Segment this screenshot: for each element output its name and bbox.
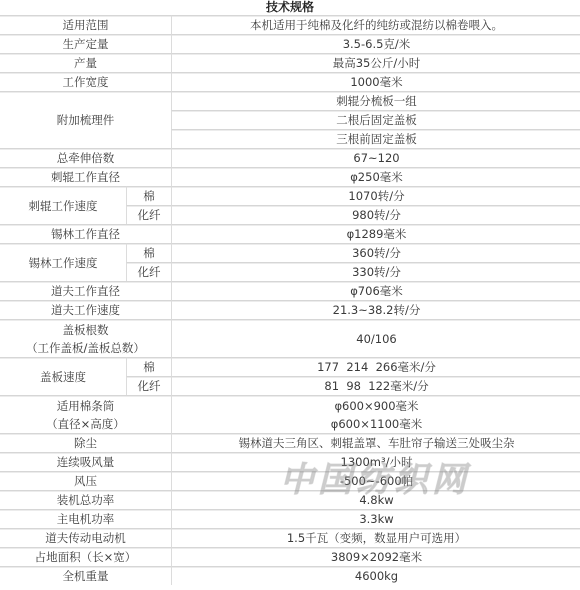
- row-value: 1000毫米: [171, 72, 580, 91]
- table-row: 锡林工作速度 棉 360转/分: [0, 243, 580, 262]
- row-label: 产量: [0, 53, 171, 72]
- table-row: 占地面积（长×宽） 3809×2092毫米: [0, 547, 580, 566]
- table-row: 刺辊工作直径 φ250毫米: [0, 167, 580, 186]
- row-label: 装机总功率: [0, 490, 171, 509]
- table-row: 道夫工作直径 φ706毫米: [0, 281, 580, 300]
- table-row: 生产定量 3.5-6.5克/米: [0, 34, 580, 53]
- row-label: 全机重量: [0, 566, 171, 585]
- row-label: 主电机功率: [0, 509, 171, 528]
- row-label: 生产定量: [0, 34, 171, 53]
- row-label: 总牵伸倍数: [0, 148, 171, 167]
- row-value: 360转/分: [171, 243, 580, 262]
- table-row: 风压 -500~-600帕: [0, 471, 580, 490]
- row-value: 1.5千瓦（变频，数显用户可选用）: [171, 528, 580, 547]
- row-value: φ1289毫米: [171, 224, 580, 243]
- row-value: 3809×2092毫米: [171, 547, 580, 566]
- row-value: 21.3~38.2转/分: [171, 300, 580, 319]
- row-value: 刺辊分梳板一组: [171, 91, 580, 110]
- row-value: 二根后固定盖板: [171, 110, 580, 129]
- row-label: 连续吸风量: [0, 452, 171, 471]
- row-label: 锡林工作直径: [0, 224, 171, 243]
- table-row: 连续吸风量 1300m³/小时: [0, 452, 580, 471]
- row-label: 工作宽度: [0, 72, 171, 91]
- row-value: 本机适用于纯棉及化纤的纯纺或混纺以棉卷喂入。: [171, 15, 580, 34]
- row-label: 风压: [0, 471, 171, 490]
- row-value: 1070转/分: [171, 186, 580, 205]
- row-label: 除尘: [0, 433, 171, 452]
- row-value: 4600kg: [171, 566, 580, 585]
- row-value: 40/106: [171, 319, 580, 357]
- row-value: 3.3kw: [171, 509, 580, 528]
- table-row: 全机重量 4600kg: [0, 566, 580, 585]
- row-label: 附加梳理件: [0, 91, 171, 148]
- row-label: 道夫工作直径: [0, 281, 171, 300]
- row-label: 适用棉条筒 （直径×高度）: [0, 395, 171, 433]
- row-value: 最高35公斤/小时: [171, 53, 580, 72]
- row-label-line: 盖板根数: [0, 321, 171, 339]
- sub-label: 化纤: [126, 376, 171, 395]
- sub-label: 棉: [126, 243, 171, 262]
- table-title: 技术规格: [0, 0, 580, 15]
- row-value: 67~120: [171, 148, 580, 167]
- table-row: 道夫传动电动机 1.5千瓦（变频，数显用户可选用）: [0, 528, 580, 547]
- row-value: 锡林道夫三角区、刺辊盖罩、车肚帘子输送三处吸尘杂: [171, 433, 580, 452]
- table-row: 工作宽度 1000毫米: [0, 72, 580, 91]
- row-label: 锡林工作速度: [0, 243, 126, 281]
- row-value: 4.8kw: [171, 490, 580, 509]
- row-value: 980转/分: [171, 205, 580, 224]
- row-value: φ600×900毫米 φ600×1100毫米: [171, 395, 580, 433]
- table-row: 盖板速度 棉 177 214 266毫米/分: [0, 357, 580, 376]
- table-row: 主电机功率 3.3kw: [0, 509, 580, 528]
- row-label-line: 适用棉条筒: [0, 397, 171, 415]
- row-label: 适用范围: [0, 15, 171, 34]
- row-label: 占地面积（长×宽）: [0, 547, 171, 566]
- row-value: 三根前固定盖板: [171, 129, 580, 148]
- row-label-line: （工作盖板/盖板总数）: [0, 339, 171, 357]
- table-row: 锡林工作直径 φ1289毫米: [0, 224, 580, 243]
- table-row: 盖板根数 （工作盖板/盖板总数） 40/106: [0, 319, 580, 357]
- row-label: 盖板根数 （工作盖板/盖板总数）: [0, 319, 171, 357]
- table-row: 装机总功率 4.8kw: [0, 490, 580, 509]
- table-row: 产量 最高35公斤/小时: [0, 53, 580, 72]
- row-value: φ250毫米: [171, 167, 580, 186]
- sub-label: 化纤: [126, 262, 171, 281]
- row-label: 盖板速度: [0, 357, 126, 395]
- row-value: 1300m³/小时: [171, 452, 580, 471]
- sub-label: 棉: [126, 186, 171, 205]
- row-value-line: φ600×900毫米: [172, 397, 580, 415]
- table-row: 除尘 锡林道夫三角区、刺辊盖罩、车肚帘子输送三处吸尘杂: [0, 433, 580, 452]
- sub-label: 化纤: [126, 205, 171, 224]
- table-row: 刺辊工作速度 棉 1070转/分: [0, 186, 580, 205]
- row-label: 刺辊工作直径: [0, 167, 171, 186]
- table-row: 附加梳理件 刺辊分梳板一组: [0, 91, 580, 110]
- table-row: 总牵伸倍数 67~120: [0, 148, 580, 167]
- table-row: 适用棉条筒 （直径×高度） φ600×900毫米 φ600×1100毫米: [0, 395, 580, 433]
- row-value: φ706毫米: [171, 281, 580, 300]
- row-label: 道夫工作速度: [0, 300, 171, 319]
- row-value: 81 98 122毫米/分: [171, 376, 580, 395]
- row-value: 3.5-6.5克/米: [171, 34, 580, 53]
- row-value-line: φ600×1100毫米: [172, 415, 580, 433]
- row-value: 177 214 266毫米/分: [171, 357, 580, 376]
- row-label-line: （直径×高度）: [0, 415, 171, 433]
- row-value: 330转/分: [171, 262, 580, 281]
- row-label: 刺辊工作速度: [0, 186, 126, 224]
- table-row: 道夫工作速度 21.3~38.2转/分: [0, 300, 580, 319]
- sub-label: 棉: [126, 357, 171, 376]
- row-label: 道夫传动电动机: [0, 528, 171, 547]
- spec-table: 适用范围 本机适用于纯棉及化纤的纯纺或混纺以棉卷喂入。 生产定量 3.5-6.5…: [0, 15, 580, 585]
- table-row: 适用范围 本机适用于纯棉及化纤的纯纺或混纺以棉卷喂入。: [0, 15, 580, 34]
- row-value: -500~-600帕: [171, 471, 580, 490]
